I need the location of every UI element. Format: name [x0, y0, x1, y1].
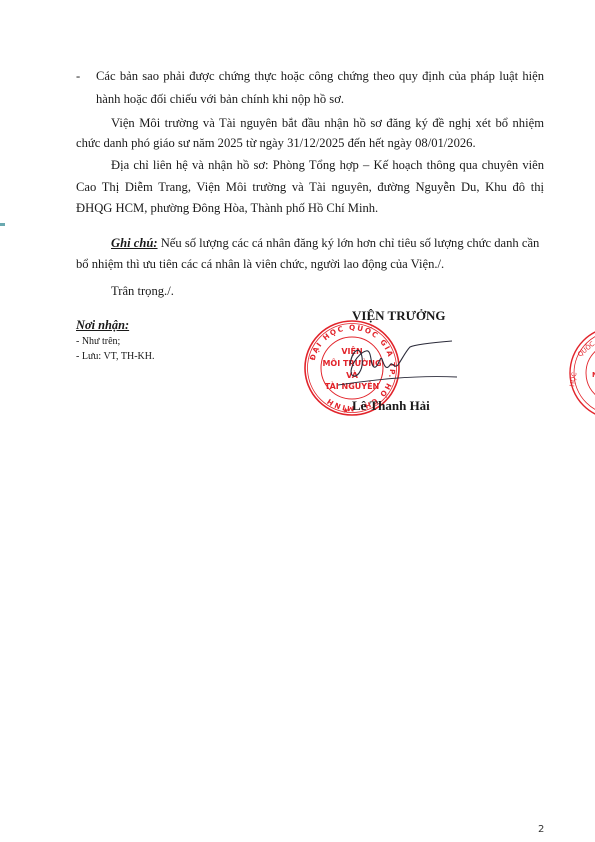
page-number: 2 — [538, 824, 544, 835]
document-page: - Các bản sao phải được chứng thực hoặc … — [0, 0, 595, 842]
copies-line-2: hành hoặc đối chiếu với bản chính khi nộ… — [96, 91, 344, 107]
recipients-label: Nơi nhận: — [76, 317, 129, 333]
svg-text:HỌC: HỌC — [568, 371, 578, 387]
signature-icon — [332, 335, 462, 390]
note-text: Nếu số lượng các cá nhân đăng ký lớn hơn… — [158, 236, 540, 250]
bullet-dash: - — [76, 68, 80, 84]
recipient-item: - Như trên; — [76, 335, 120, 348]
svg-text:★: ★ — [342, 406, 349, 415]
recipient-item: - Lưu: VT, TH-KH. — [76, 350, 154, 363]
partial-stamp-icon: QUỐC HỌC N — [568, 325, 595, 421]
receive-line-1: Viện Môi trường và Tài nguyên bắt đầu nh… — [111, 115, 544, 131]
address-line-2: Cao Thị Diễm Trang, Viện Môi trường và T… — [76, 179, 544, 195]
copies-line-1: Các bản sao phải được chứng thực hoặc cô… — [96, 68, 544, 84]
receive-line-2: chức danh phó giáo sư năm 2025 từ ngày 3… — [76, 135, 476, 151]
signer-name: Lê Thanh Hải — [352, 398, 430, 414]
scan-edge-mark — [0, 223, 5, 226]
address-line-3: ĐHQG HCM, phường Đông Hòa, Thành phố Hồ … — [76, 200, 378, 216]
note-line-2: bổ nhiệm thì ưu tiên các cá nhân là viên… — [76, 256, 444, 272]
address-line-1: Địa chỉ liên hệ và nhận hồ sơ: Phòng Tổn… — [111, 157, 544, 173]
closing-text: Trân trọng./. — [111, 283, 174, 299]
note-label: Ghi chú: — [111, 236, 158, 250]
note-line-1: Ghi chú: Nếu số lượng các cá nhân đăng k… — [111, 235, 544, 251]
